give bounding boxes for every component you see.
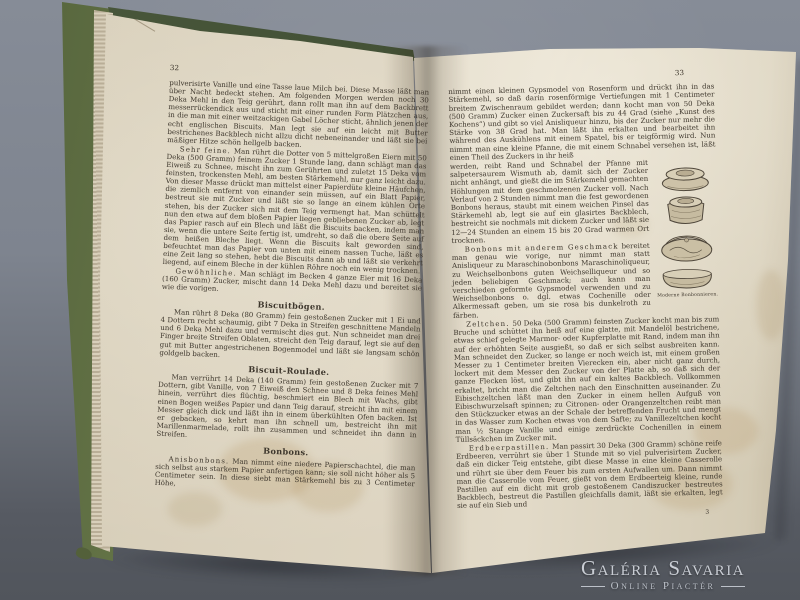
- watermark-subtitle: Online Piactér: [611, 580, 716, 592]
- para-sehr-feine-body: Man rührt die Dotter von 5 mittelgroßen …: [163, 147, 427, 275]
- para-zeltchen: Zeltchen.50 Deka (500 Gramm) feinsten Zu…: [453, 315, 722, 444]
- engraving-cylindrical-box-icon: [658, 193, 715, 226]
- photo-background: 32 pulverisirte Vanille und eine Tasse l…: [0, 0, 800, 600]
- watermark-title: Galéria Savaria: [538, 557, 788, 579]
- para-erdbeer: Erdbeerpastillen.Man passirt 30 Deka (30…: [456, 439, 723, 510]
- bonbonniere-figures: Moderne Bonbonnieren.: [654, 159, 719, 308]
- figure-caption: Moderne Bonbonnieren.: [657, 291, 719, 300]
- watermark-subtitle-row: Online Piactér: [538, 580, 788, 592]
- watermark: Galéria Savaria Online Piactér: [538, 557, 788, 592]
- engraving-ornate-bonbonniere-icon: [657, 227, 716, 264]
- para-intro-top: nimmt einen kleinen Gypsmodel von Rosenf…: [448, 83, 715, 162]
- page-stain: [168, 492, 222, 526]
- para-zeltchen-body: 50 Deka (500 Gramm) feinsten Zucker koch…: [453, 315, 721, 443]
- page-stain: [756, 270, 786, 340]
- para-continuation: pulverisirte Vanille und eine Tasse laue…: [167, 79, 429, 153]
- left-page-text: 32 pulverisirte Vanille und eine Tasse l…: [154, 64, 429, 497]
- engraving-low-bowl-icon: [658, 265, 716, 290]
- para-biscuit-roulade: Man verrührt 14 Deka (140 Gramm) fein ge…: [156, 373, 418, 447]
- para-geschmack-body: bereitet man genau wie vorige, nur nimmt…: [452, 242, 651, 320]
- right-page-text: 33 nimmt einen kleinen Gypsmodel von Ros…: [448, 68, 723, 521]
- engraving-round-lidded-box-icon: [657, 162, 714, 193]
- para-biscuitboegen: Man rührt 8 Deka (80 Gramm) fein gestoße…: [159, 308, 421, 366]
- watermark-rule-right: [721, 586, 745, 587]
- watermark-rule-left: [581, 586, 605, 587]
- para-sehr-feine: Sehr feine.Man rührt die Dotter von 5 mi…: [163, 145, 427, 276]
